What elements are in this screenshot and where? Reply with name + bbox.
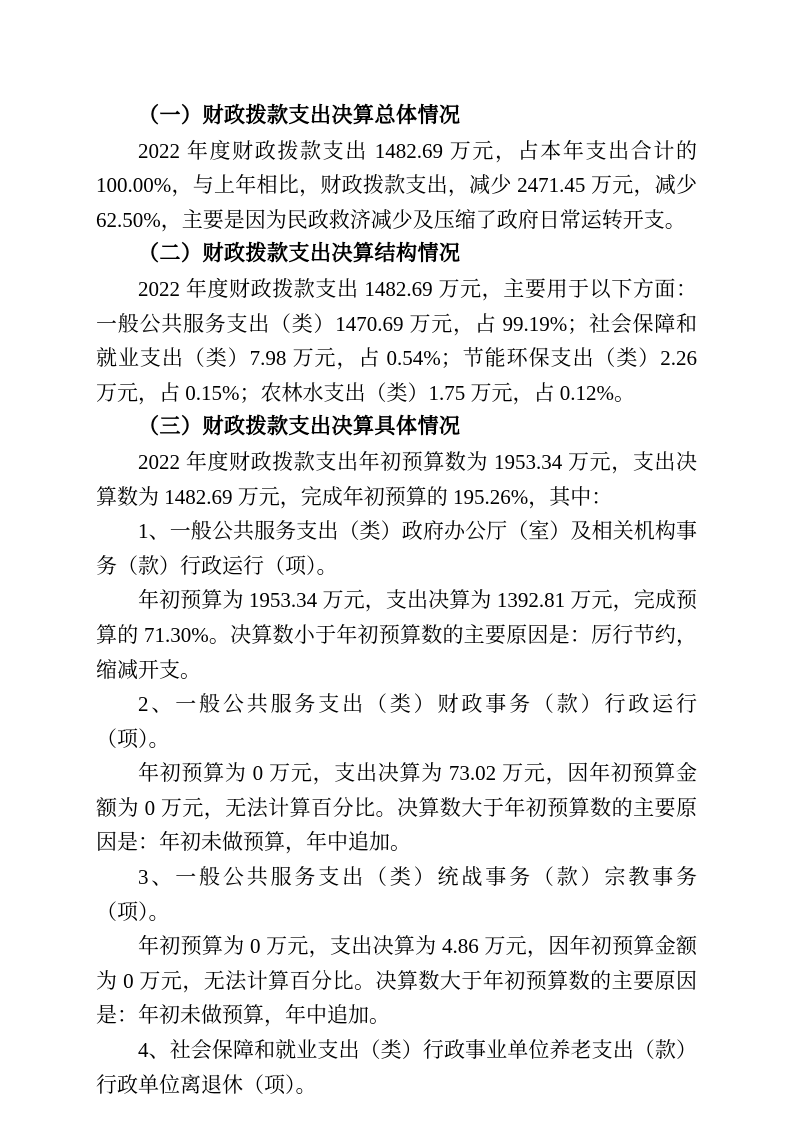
paragraph-details-summary: 2022 年度财政拨款支出年初预算数为 1953.34 万元，支出决算数为 14…: [96, 445, 697, 514]
paragraph-item-2-detail: 年初预算为 0 万元，支出决算为 73.02 万元，因年初预算金额为 0 万元，…: [96, 756, 697, 860]
document-page: （一）财政拨款支出决算总体情况 2022 年度财政拨款支出 1482.69 万元…: [0, 0, 793, 1122]
section-heading-overall: （一）财政拨款支出决算总体情况: [96, 99, 697, 134]
section-heading-details: （三）财政拨款支出决算具体情况: [96, 410, 697, 445]
paragraph-item-1-title: 1、一般公共服务支出（类）政府办公厅（室）及相关机构事务（款）行政运行（项）。: [96, 514, 697, 583]
paragraph-structure-summary: 2022 年度财政拨款支出 1482.69 万元，主要用于以下方面：一般公共服务…: [96, 272, 697, 410]
section-heading-structure: （二）财政拨款支出决算结构情况: [96, 237, 697, 272]
paragraph-item-3-title: 3、一般公共服务支出（类）统战事务（款）宗教事务（项）。: [96, 860, 697, 929]
paragraph-item-1-detail: 年初预算为 1953.34 万元，支出决算为 1392.81 万元，完成预算的 …: [96, 583, 697, 687]
paragraph-item-4-title: 4、社会保障和就业支出（类）行政事业单位养老支出（款）行政单位离退休（项）。: [96, 1033, 697, 1102]
paragraph-item-3-detail: 年初预算为 0 万元，支出决算为 4.86 万元，因年初预算金额为 0 万元，无…: [96, 929, 697, 1033]
paragraph-item-2-title: 2、一般公共服务支出（类）财政事务（款）行政运行（项）。: [96, 687, 697, 756]
paragraph-overall-summary: 2022 年度财政拨款支出 1482.69 万元，占本年支出合计的 100.00…: [96, 134, 697, 238]
